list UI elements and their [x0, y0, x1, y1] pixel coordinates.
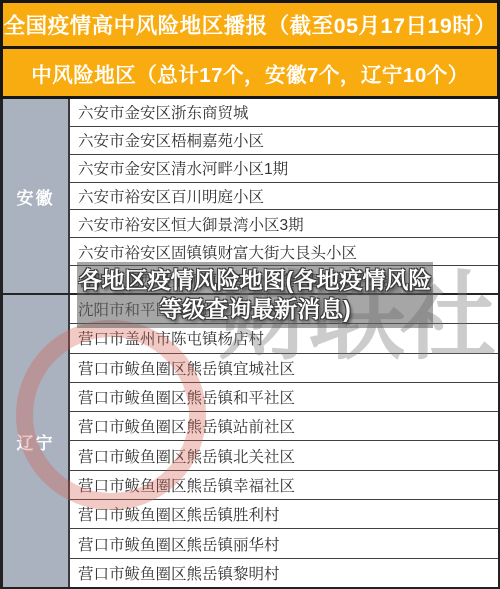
area-name: 六安市金安区梧桐嘉苑小区 [78, 129, 264, 151]
subtitle: 中风险地区（总计17个，安徽7个，辽宁10个） [31, 58, 469, 88]
table-row: 营口市鲅鱼圈区熊岳镇站前社区 [70, 412, 498, 441]
caption-line2: 等级查询最新消息) [159, 295, 351, 324]
table-row: 营口市鲅鱼圈区熊岳镇丽华村 [70, 529, 498, 558]
area-name: 六安市裕安区固镇镇财富大街大艮头小区 [78, 241, 357, 263]
area-name: 营口市鲅鱼圈区熊岳镇北关社区 [78, 445, 295, 467]
table-row: 营口市鲅鱼圈区熊岳镇和平社区 [70, 383, 498, 412]
table-row: 营口市鲅鱼圈区熊岳镇胜利村 [70, 500, 498, 529]
area-name: 六安市裕安区百川明庭小区 [78, 185, 264, 207]
table-row: 六安市金安区浙东商贸城 [70, 99, 498, 127]
area-name: 营口市盖州市陈屯镇杨店村 [78, 327, 264, 349]
area-name: 营口市鲅鱼圈区熊岳镇宜城社区 [78, 357, 295, 379]
table-row: 营口市鲅鱼圈区熊岳镇宜城社区 [70, 354, 498, 383]
risk-area-table: 安徽 六安市金安区浙东商贸城 六安市金安区梧桐嘉苑小区 六安市金安区清水河畔小区… [0, 99, 500, 589]
province-label-liaoning: 辽宁 [3, 295, 70, 587]
area-name: 营口市鲅鱼圈区熊岳镇胜利村 [78, 503, 280, 525]
table-row: 六安市金安区清水河畔小区1期 [70, 155, 498, 183]
caption-line1: 各地区疫情风险地图(各地疫情风险 [79, 266, 432, 295]
area-name: 六安市金安区浙东商贸城 [78, 101, 249, 123]
caption-overlay: 各地区疫情风险地图(各地疫情风险 等级查询最新消息) [77, 262, 433, 328]
main-title-bar: 全国疫情高中风险地区播报（截至05月17日19时） [0, 0, 500, 48]
table-row: 营口市鲅鱼圈区熊岳镇幸福社区 [70, 471, 498, 500]
table-row: 六安市裕安区恒大御景湾小区3期 [70, 210, 498, 238]
table-row: 营口市鲅鱼圈区熊岳镇北关社区 [70, 441, 498, 470]
table-row: 六安市裕安区百川明庭小区 [70, 183, 498, 211]
risk-area-infographic: 全国疫情高中风险地区播报（截至05月17日19时） 中风险地区（总计17个，安徽… [0, 0, 500, 589]
table-row: 营口市鲅鱼圈区熊岳镇黎明村 [70, 559, 498, 587]
area-name: 六安市裕安区恒大御景湾小区3期 [78, 213, 304, 235]
main-title: 全国疫情高中风险地区播报（截至05月17日19时） [4, 9, 497, 40]
area-name: 营口市鲅鱼圈区熊岳镇和平社区 [78, 386, 295, 408]
table-row: 六安市金安区梧桐嘉苑小区 [70, 127, 498, 155]
area-name: 营口市鲅鱼圈区熊岳镇黎明村 [78, 562, 280, 584]
liaoning-rows: 沈阳市和平区文艺路乙四小区 营口市盖州市陈屯镇杨店村 营口市鲅鱼圈区熊岳镇宜城社… [70, 295, 498, 587]
area-name: 营口市鲅鱼圈区熊岳镇丽华村 [78, 533, 280, 555]
area-name: 六安市金安区清水河畔小区1期 [78, 157, 288, 179]
province-label-anhui: 安徽 [3, 99, 70, 293]
table-row: 营口市盖州市陈屯镇杨店村 [70, 324, 498, 353]
area-name: 营口市鲅鱼圈区熊岳镇站前社区 [78, 415, 295, 437]
area-name: 营口市鲅鱼圈区熊岳镇幸福社区 [78, 474, 295, 496]
subtitle-bar: 中风险地区（总计17个，安徽7个，辽宁10个） [0, 48, 500, 99]
section-liaoning: 辽宁 沈阳市和平区文艺路乙四小区 营口市盖州市陈屯镇杨店村 营口市鲅鱼圈区熊岳镇… [3, 293, 498, 587]
